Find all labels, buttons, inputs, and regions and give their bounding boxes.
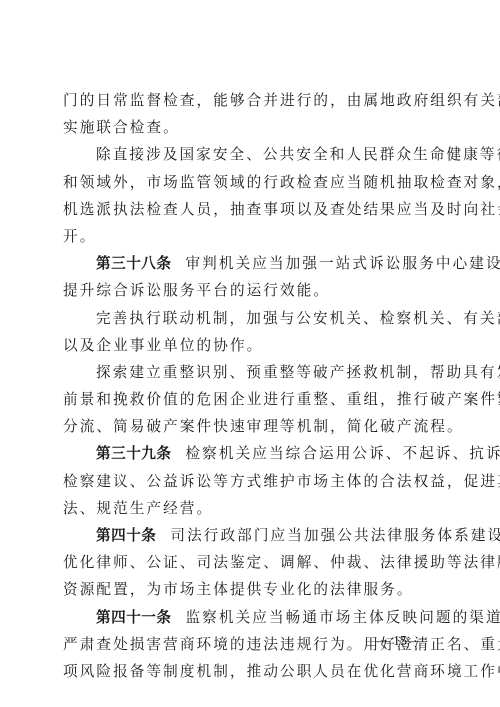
text-line: 资源配置，为市场主体提供专业化的法律服务。 bbox=[63, 576, 435, 603]
text-line: 开。 bbox=[63, 223, 435, 250]
text-line: 分流、简易破产案件快速审理等机制，简化破产流程。 bbox=[63, 413, 435, 440]
text-line: 完善执行联动机制，加强与公安机关、检察机关、有关部门 bbox=[63, 305, 435, 332]
document-body: 门的日常监督检查，能够合并进行的，由属地政府组织有关部门 实施联合检查。 除直接… bbox=[63, 87, 435, 685]
text-line: 优化律师、公证、司法鉴定、调解、仲裁、法律援助等法律服务 bbox=[63, 549, 435, 576]
text-line: 门的日常监督检查，能够合并进行的，由属地政府组织有关部门 bbox=[63, 87, 435, 114]
text-line: 和领域外，市场监管领域的行政检查应当随机抽取检查对象，随 bbox=[63, 169, 435, 196]
text-line: 探索建立重整识别、预重整等破产拯救机制，帮助具有发展 bbox=[63, 359, 435, 386]
article-heading: 第三十九条 bbox=[96, 445, 171, 462]
article-text: 审判机关应当加强一站式诉讼服务中心建设， bbox=[185, 255, 500, 272]
text-line: 法、规范生产经营。 bbox=[63, 495, 435, 522]
text-line: 实施联合检查。 bbox=[63, 114, 435, 141]
text-line: 除直接涉及国家安全、公共安全和人民群众生命健康等行业 bbox=[63, 141, 435, 168]
article-40-line: 第四十条司法行政部门应当加强公共法律服务体系建设， bbox=[63, 522, 435, 549]
article-text: 检察机关应当综合运用公诉、不起诉、抗诉、 bbox=[185, 445, 500, 462]
text-line: 前景和挽救价值的危困企业进行重整、重组，推行破产案件繁简 bbox=[63, 386, 435, 413]
article-38-line: 第三十八条审判机关应当加强一站式诉讼服务中心建设， bbox=[63, 250, 435, 277]
article-39-line: 第三十九条检察机关应当综合运用公诉、不起诉、抗诉、 bbox=[63, 440, 435, 467]
article-heading: 第四十条 bbox=[96, 527, 156, 544]
text-line: 机选派执法检查人员，抽查事项以及查处结果应当及时向社会公 bbox=[63, 196, 435, 223]
text-line: 项风险报备等制度机制，推动公职人员在优化营商环境工作中履 bbox=[63, 658, 435, 685]
article-heading: 第四十一条 bbox=[96, 609, 171, 626]
article-text: 司法行政部门应当加强公共法律服务体系建设， bbox=[170, 527, 500, 544]
text-line: 检察建议、公益诉讼等方式维护市场主体的合法权益，促进其依 bbox=[63, 468, 435, 495]
page-number: — 15 — bbox=[360, 634, 440, 650]
article-heading: 第三十八条 bbox=[96, 255, 171, 272]
text-line: 以及企业事业单位的协作。 bbox=[63, 332, 435, 359]
article-text: 监察机关应当畅通市场主体反映问题的渠道， bbox=[185, 609, 500, 626]
text-line: 提升综合诉讼服务平台的运行效能。 bbox=[63, 277, 435, 304]
article-41-line: 第四十一条监察机关应当畅通市场主体反映问题的渠道， bbox=[63, 604, 435, 631]
